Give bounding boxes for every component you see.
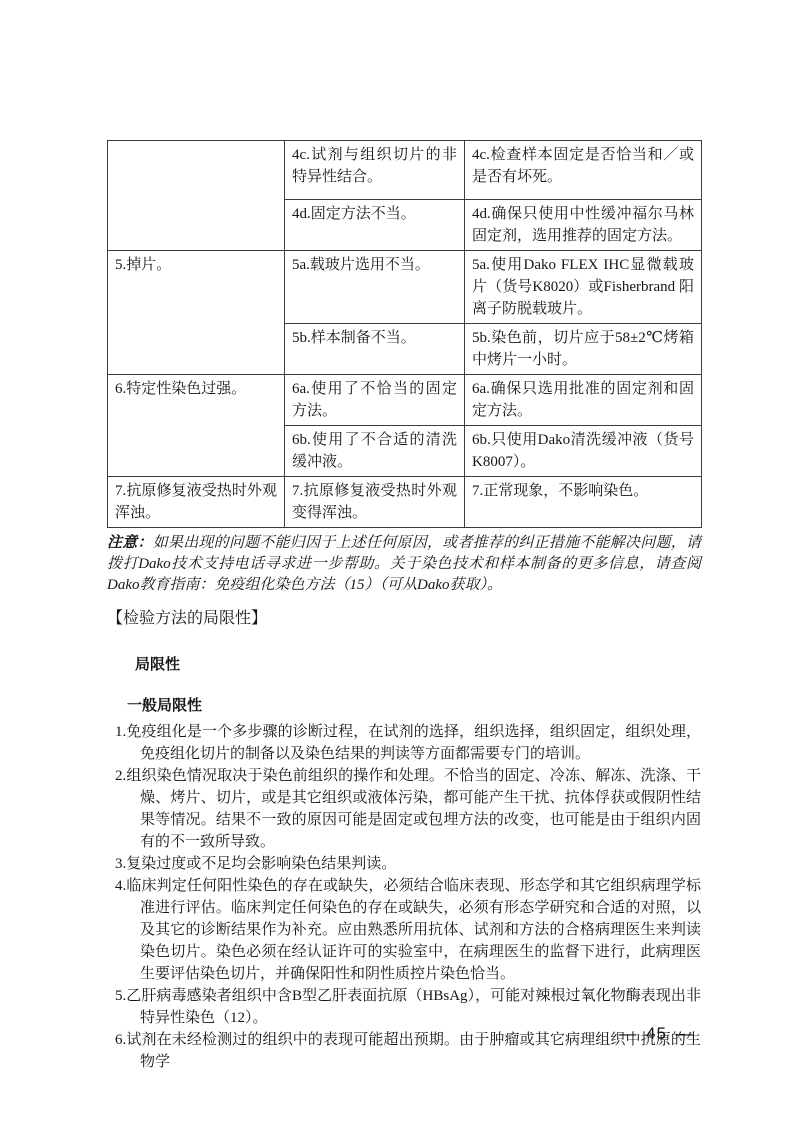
cell-cause-4c: 4c.试剂与组织切片的非特异性结合。	[285, 141, 465, 200]
page-number-dash-right: —	[667, 1024, 703, 1043]
list-item: 1.免疫组化是一个多步骤的诊断过程，在试剂的选择，组织选择，组织固定，组织处理，…	[107, 721, 701, 765]
general-limitations-list: 1.免疫组化是一个多步骤的诊断过程，在试剂的选择，组织选择，组织固定，组织处理，…	[107, 721, 701, 1073]
cell-cause-6a: 6a.使用了不恰当的固定方法。	[285, 375, 465, 426]
page-number-value: 45	[646, 1024, 667, 1043]
cell-action-6a: 6a.确保只选用批准的固定剂和固定方法。	[465, 375, 702, 426]
list-item-text: 组织染色情况取决于染色前组织的操作和处理。不恰当的固定、冷冻、解冻、洗涤、干燥、…	[126, 768, 701, 850]
page-number-dash-left: —	[610, 1024, 646, 1043]
troubleshooting-table: 4c.试剂与组织切片的非特异性结合。 4c.检查样本固定是否恰当和／或是否有坏死…	[107, 140, 702, 528]
cell-cause-5b: 5b.样本制备不当。	[285, 324, 465, 375]
list-item-number: 6.	[115, 1032, 126, 1048]
cell-action-4d: 4d.确保只使用中性缓冲福尔马林固定剂，选用推荐的固定方法。	[465, 200, 702, 251]
list-item: 3.复染过度或不足均会影响染色结果判读。	[107, 853, 701, 875]
list-item-number: 4.	[115, 878, 126, 894]
note-text: 如果出现的问题不能归因于上述任何原因，或者推荐的纠正措施不能解决问题，请拨打Da…	[107, 535, 701, 593]
table-row: 5.掉片。 5a.载玻片选用不当。 5a.使用Dako FLEX IHC显微载玻…	[108, 251, 702, 324]
cell-action-5a: 5a.使用Dako FLEX IHC显微载玻片（货号K8020）或Fisherb…	[465, 251, 702, 324]
cell-cause-5a: 5a.载玻片选用不当。	[285, 251, 465, 324]
table-row: 4c.试剂与组织切片的非特异性结合。 4c.检查样本固定是否恰当和／或是否有坏死…	[108, 141, 702, 200]
list-item-number: 2.	[115, 768, 126, 784]
list-item-number: 3.	[115, 856, 126, 872]
cell-action-4c: 4c.检查样本固定是否恰当和／或是否有坏死。	[465, 141, 702, 200]
list-item-text: 免疫组化是一个多步骤的诊断过程，在试剂的选择，组织选择，组织固定，组织处理，免疫…	[126, 724, 701, 762]
cell-problem-4	[108, 141, 285, 251]
list-item-text: 复染过度或不足均会影响染色结果判读。	[126, 856, 396, 872]
table-row: 7.抗原修复液受热时外观浑浊。 7.抗原修复液受热时外观变得浑浊。 7.正常现象…	[108, 477, 702, 528]
cell-cause-7: 7.抗原修复液受热时外观变得浑浊。	[285, 477, 465, 528]
cell-action-7: 7.正常现象，不影响染色。	[465, 477, 702, 528]
note-label: 注意：	[107, 535, 153, 551]
section-heading-method-limitations: 【检验方法的局限性】	[107, 609, 701, 629]
list-item: 4.临床判定任何阳性染色的存在或缺失，必须结合临床表现、形态学和其它组织病理学标…	[107, 875, 701, 985]
cell-problem-5: 5.掉片。	[108, 251, 285, 375]
list-item-text: 乙肝病毒感染者组织中含B型乙肝表面抗原（HBsAg），可能对辣根过氧化物酶表现出…	[126, 988, 701, 1026]
cell-cause-4d: 4d.固定方法不当。	[285, 200, 465, 251]
cell-problem-7: 7.抗原修复液受热时外观浑浊。	[108, 477, 285, 528]
page-number: —45—	[610, 1024, 703, 1044]
cell-cause-6b: 6b.使用了不合适的清洗缓冲液。	[285, 426, 465, 477]
list-item: 2.组织染色情况取决于染色前组织的操作和处理。不恰当的固定、冷冻、解冻、洗涤、干…	[107, 765, 701, 853]
cell-problem-6: 6.特定性染色过强。	[108, 375, 285, 477]
cell-action-5b: 5b.染色前，切片应于58±2℃烤箱中烤片一小时。	[465, 324, 702, 375]
subheading-general-limitations: 一般局限性	[127, 696, 701, 716]
table-row: 6.特定性染色过强。 6a.使用了不恰当的固定方法。 6a.确保只选用批准的固定…	[108, 375, 702, 426]
list-item-number: 1.	[115, 724, 126, 740]
cell-action-6b: 6b.只使用Dako清洗缓冲液（货号K8007）。	[465, 426, 702, 477]
subheading-limitations: 局限性	[135, 655, 701, 675]
page-content: 4c.试剂与组织切片的非特异性结合。 4c.检查样本固定是否恰当和／或是否有坏死…	[107, 140, 701, 1073]
note-paragraph: 注意：如果出现的问题不能归因于上述任何原因，或者推荐的纠正措施不能解决问题，请拨…	[107, 533, 701, 596]
list-item-number: 5.	[115, 988, 126, 1004]
list-item: 5.乙肝病毒感染者组织中含B型乙肝表面抗原（HBsAg），可能对辣根过氧化物酶表…	[107, 985, 701, 1029]
list-item-text: 临床判定任何阳性染色的存在或缺失，必须结合临床表现、形态学和其它组织病理学标准进…	[126, 878, 701, 982]
